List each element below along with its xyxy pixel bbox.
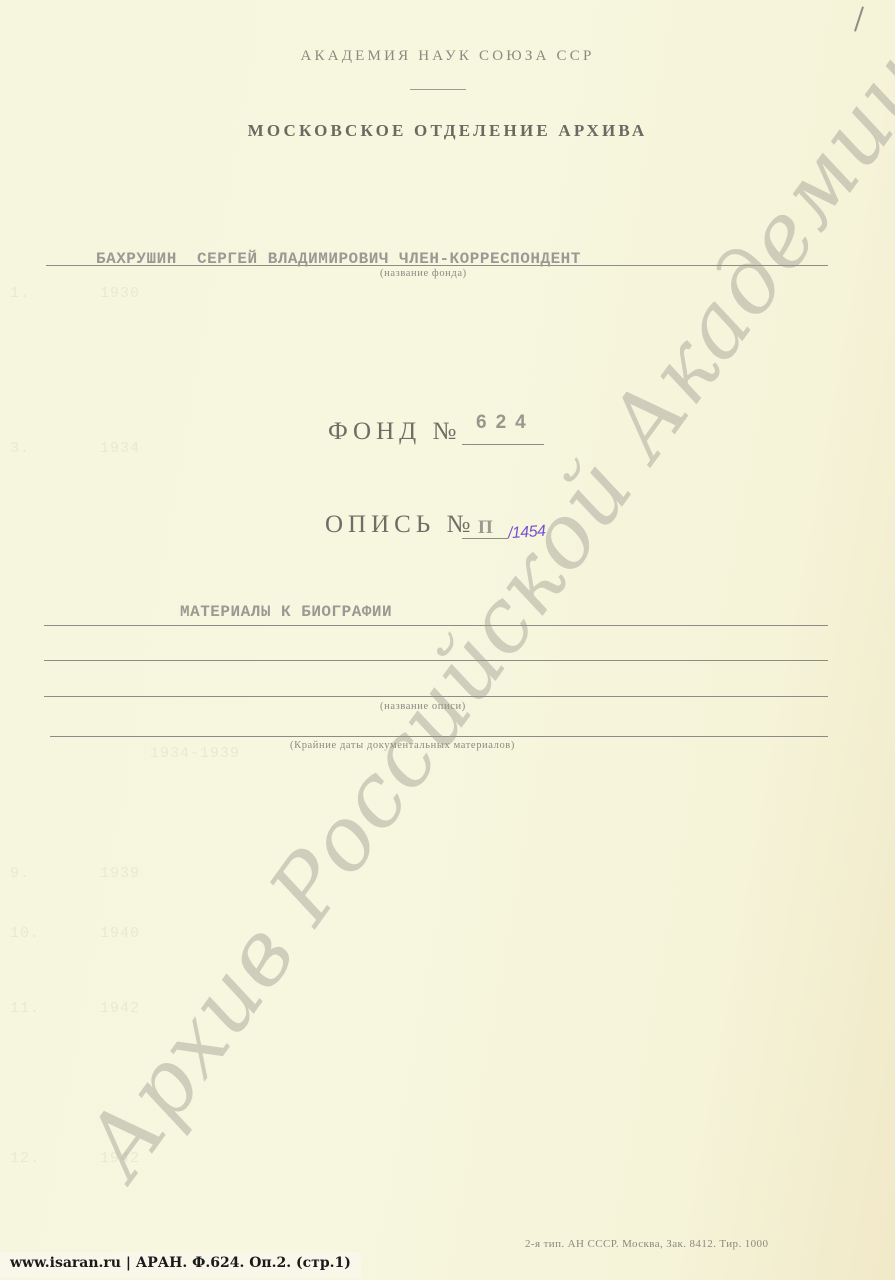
show-through-text: 1. 1930 (10, 285, 140, 302)
inventory-title-value: МАТЕРИАЛЫ К БИОГРАФИИ (180, 603, 392, 621)
fund-number-value: 624 (476, 412, 535, 434)
show-through-text: 10. 1940 (10, 925, 140, 942)
show-through-text: 11. 1942 (10, 1000, 140, 1017)
fund-name-value: БАХРУШИН СЕРГЕЙ ВЛАДИМИРОВИЧ ЧЛЕН-КОРРЕС… (96, 250, 581, 268)
show-through-text: 9. 1939 (10, 865, 140, 882)
department-name: МОСКОВСКОЕ ОТДЕЛЕНИЕ АРХИВА (0, 121, 895, 141)
fund-number-line (462, 444, 544, 445)
inventory-number-value: П (478, 517, 493, 539)
fund-name-caption: (название фонда) (380, 268, 467, 279)
source-reference-label: www.isaran.ru | АРАН. Ф.624. Оп.2. (стр.… (0, 1252, 361, 1278)
header-divider (410, 89, 466, 90)
fund-number-label: ФОНД № (328, 418, 461, 446)
inventory-number-label: ОПИСЬ № (325, 511, 475, 539)
corner-pencil-mark (854, 6, 864, 31)
show-through-text: 3. 1934 (10, 440, 140, 457)
printing-info: 2-я тип. АН СССР. Москва, Зак. 8412. Тир… (525, 1238, 768, 1250)
organization-name: АКАДЕМИЯ НАУК СОЮЗА ССР (0, 48, 895, 65)
show-through-text: 1934-1939 (150, 745, 240, 762)
